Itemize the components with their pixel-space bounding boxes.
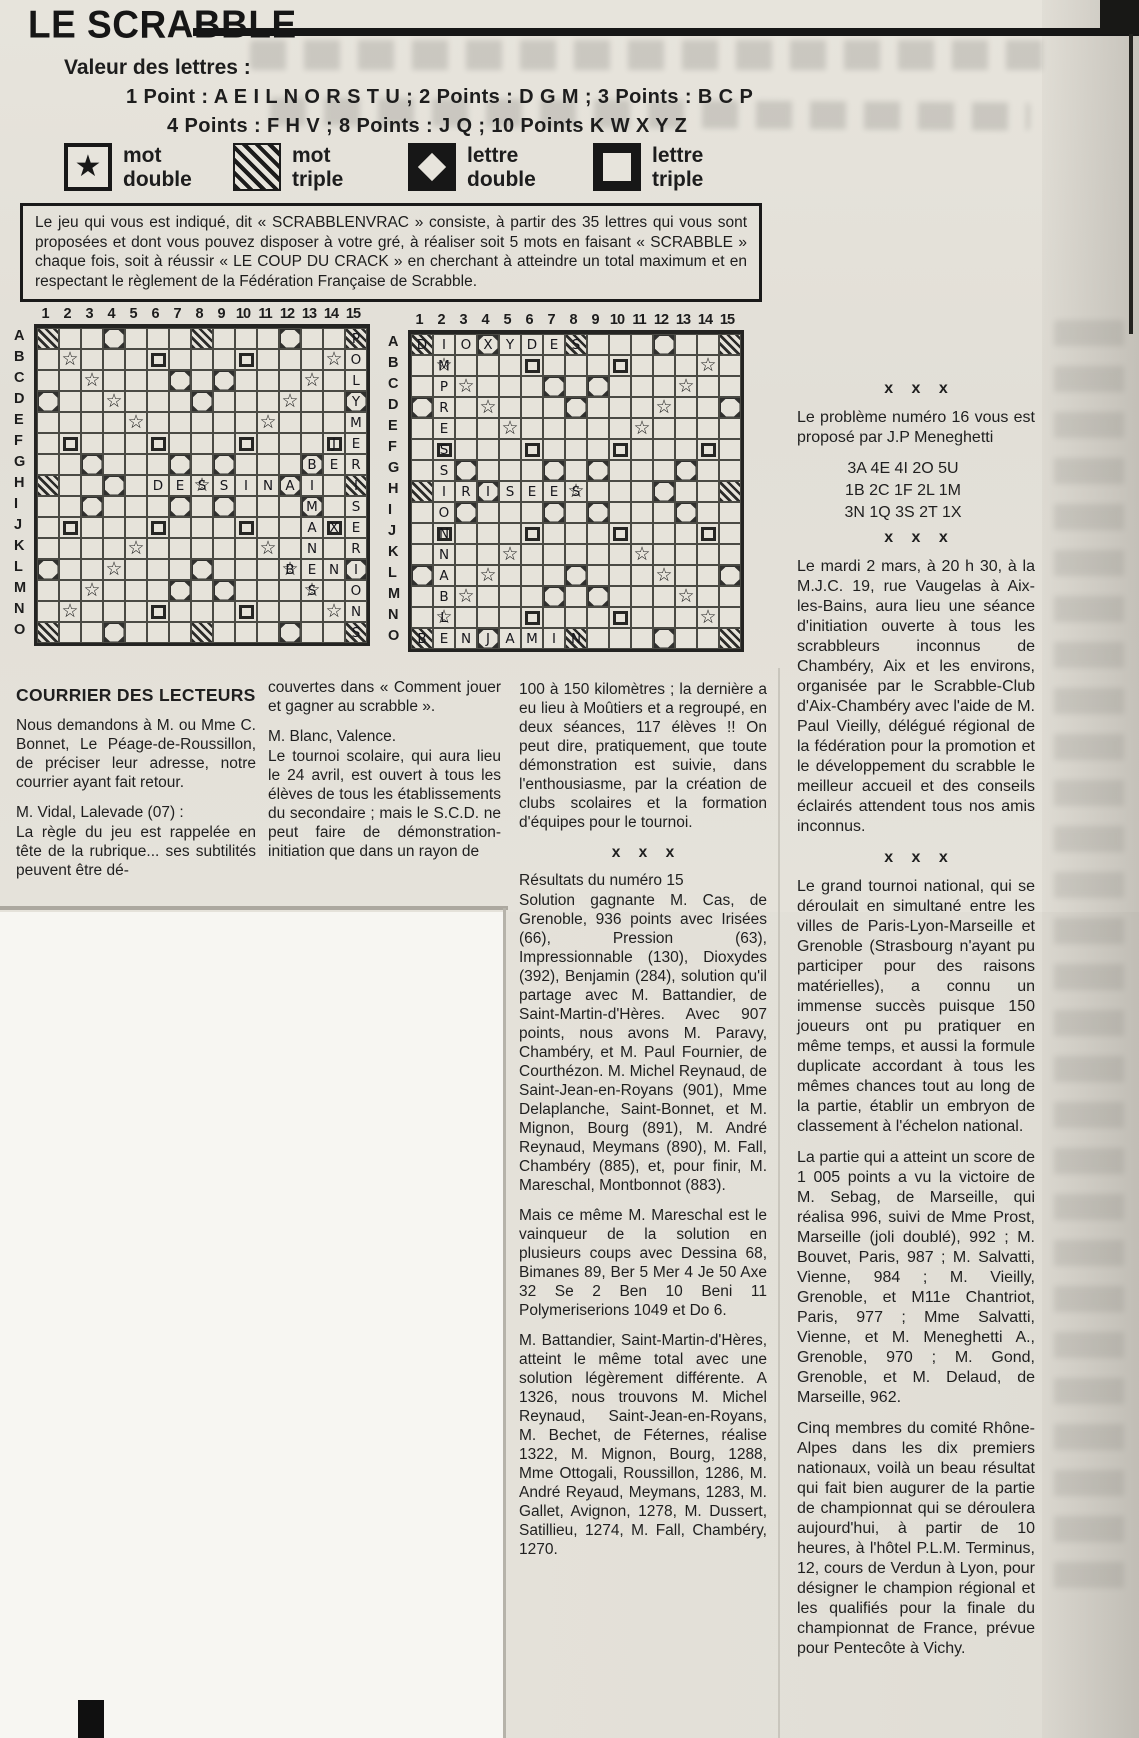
board-cell-H7: E [169, 475, 191, 496]
board-letter: M [302, 497, 322, 516]
board-row-label: M [14, 580, 34, 601]
board-cell-G10 [609, 460, 631, 481]
board-cell-N3 [455, 607, 477, 628]
board-cell-E15: M [345, 412, 367, 433]
board-cell-E11 [631, 418, 653, 439]
board-cell-I5 [499, 502, 521, 523]
board-cell-A14 [323, 328, 345, 349]
board-letter: S [302, 581, 322, 600]
board-cell-J7 [169, 517, 191, 538]
board-cell-I12 [653, 502, 675, 523]
board-cell-B13 [301, 349, 323, 370]
board-cell-N1 [37, 601, 59, 622]
board-cell-L3 [81, 559, 103, 580]
board-cell-L4 [103, 559, 125, 580]
board-cell-K7 [169, 538, 191, 559]
board-cell-I14 [697, 502, 719, 523]
board-letter: X [478, 335, 498, 354]
board-cell-F3 [455, 439, 477, 460]
board-cell-I5 [125, 496, 147, 517]
board-letter: M [346, 413, 366, 432]
board-cell-G4 [477, 460, 499, 481]
board-cell-K1 [411, 544, 433, 565]
rules-intro-box: Le jeu qui vous est indiqué, dit « SCRAB… [20, 203, 762, 302]
board-column-label: 15 [716, 312, 738, 330]
board-cell-C1 [411, 376, 433, 397]
board-cell-H9: S [213, 475, 235, 496]
board-cell-H2: I [433, 481, 455, 502]
board-body: ABCDEFGHIJKLMNOPOLYMJEBERDESSINAIIMSAXEN… [14, 324, 370, 646]
article-paragraph: 100 à 150 kilomètres ; la dernière a eu … [519, 680, 767, 832]
board-cell-O5 [125, 622, 147, 643]
board-row-label: H [14, 475, 34, 496]
board-cell-O1: B [411, 628, 433, 649]
legend-label-line: double [467, 168, 536, 192]
board-cell-K8 [191, 538, 213, 559]
board-cell-A9 [587, 334, 609, 355]
board-cell-O6 [147, 622, 169, 643]
board-cell-O9 [587, 628, 609, 649]
board-cell-D4 [103, 391, 125, 412]
board-cell-G12 [279, 454, 301, 475]
board-cell-J13: A [301, 517, 323, 538]
board-cell-A8: S [565, 334, 587, 355]
board-cell-G10 [235, 454, 257, 475]
board-cell-E2 [59, 412, 81, 433]
board-cell-D6 [521, 397, 543, 418]
board-cell-J3 [455, 523, 477, 544]
board-cell-H10 [609, 481, 631, 502]
board-cell-F15: E [345, 433, 367, 454]
board-column-label: 6 [518, 312, 540, 330]
board-cell-L6 [521, 565, 543, 586]
paper-crease [778, 668, 780, 1738]
board-letter: O [434, 503, 454, 522]
board-cell-D1 [37, 391, 59, 412]
article-line: La règle du jeu est rappelée en tête de … [16, 823, 256, 880]
board-cell-C5 [125, 370, 147, 391]
board-cell-F13 [301, 433, 323, 454]
board-cell-E3 [455, 418, 477, 439]
board-letter: E [544, 335, 564, 354]
board-cell-C6 [521, 376, 543, 397]
board-cell-H3 [81, 475, 103, 496]
board-cell-B2: M [433, 355, 455, 376]
board-cell-M10 [235, 580, 257, 601]
board-cell-A12 [653, 334, 675, 355]
board-cell-H5 [125, 475, 147, 496]
board-cell-N7 [543, 607, 565, 628]
board-cell-K9 [213, 538, 235, 559]
board-cell-G14: E [323, 454, 345, 475]
article-column-1: COURRIER DES LECTEURSNous demandons à M.… [16, 686, 256, 881]
board-cell-A2 [59, 328, 81, 349]
board-row-label: C [388, 376, 408, 397]
board-cell-L6 [147, 559, 169, 580]
board-cell-J5 [499, 523, 521, 544]
board-cell-J8 [191, 517, 213, 538]
board-cell-D9 [213, 391, 235, 412]
board-cell-M3 [455, 586, 477, 607]
board-cell-N4 [103, 601, 125, 622]
board-cell-N4 [477, 607, 499, 628]
board-letter: N [434, 545, 454, 564]
article-paragraph: Cinq membres du comité Rhône-Alpes dans … [797, 1419, 1035, 1659]
board-cell-M4 [477, 586, 499, 607]
board-cell-L15: I [345, 559, 367, 580]
board-column-labels: 123456789101112131415 [34, 306, 370, 324]
board-cell-M1 [411, 586, 433, 607]
board-cell-L1 [37, 559, 59, 580]
board-cell-I9 [587, 502, 609, 523]
board-row-label: M [388, 586, 408, 607]
board-cell-A9 [213, 328, 235, 349]
board-cell-M7 [543, 586, 565, 607]
board-cell-J11 [631, 523, 653, 544]
board-cell-H6: E [521, 481, 543, 502]
board-cell-C14 [323, 370, 345, 391]
board-row-label: L [388, 565, 408, 586]
board-cell-H7: E [543, 481, 565, 502]
board-cell-J7 [543, 523, 565, 544]
board-letter: A [302, 518, 322, 537]
board-row-label: O [388, 628, 408, 649]
board-row-label: E [14, 412, 34, 433]
board-cell-D11 [257, 391, 279, 412]
article-paragraph: Solution gagnante M. Cas, de Grenoble, 9… [519, 891, 767, 1195]
board-cell-H4 [103, 475, 125, 496]
board-cell-A1 [37, 328, 59, 349]
board-cell-H1 [37, 475, 59, 496]
board-cell-L8 [565, 565, 587, 586]
legend-item-letter-double: lettre double [408, 143, 536, 192]
board-row-label: A [388, 334, 408, 355]
board-cell-N15: N [345, 601, 367, 622]
board-letter: S [214, 476, 234, 495]
board-column-label: 15 [342, 306, 364, 324]
board-cell-D1 [411, 397, 433, 418]
board-cell-K3 [81, 538, 103, 559]
board-letter: M [434, 356, 454, 375]
board-cell-C9 [213, 370, 235, 391]
board-cell-O12 [279, 622, 301, 643]
article-paragraph: Le mardi 2 mars, à 20 h 30, à la M.J.C. … [797, 557, 1035, 837]
board-cell-E13 [675, 418, 697, 439]
paper-torn-edge-horizontal [0, 906, 508, 910]
article-paragraph: M. Battandier, Saint-Martin-d'Hères, att… [519, 1331, 767, 1559]
board-cell-K12 [653, 544, 675, 565]
board-cell-O3: N [455, 628, 477, 649]
board-cell-B14 [323, 349, 345, 370]
board-cell-N9 [213, 601, 235, 622]
board-cell-A6: D [521, 334, 543, 355]
board-letter: P [346, 329, 366, 348]
board-cell-K5 [125, 538, 147, 559]
board-cell-G13: B [301, 454, 323, 475]
board-cell-E9 [213, 412, 235, 433]
board-letter: S [434, 461, 454, 480]
board-cell-B1 [411, 355, 433, 376]
board-cell-A4 [103, 328, 125, 349]
board-cell-D10 [609, 397, 631, 418]
board-cell-F15 [719, 439, 741, 460]
board-cell-N2 [59, 601, 81, 622]
board-cell-N13 [301, 601, 323, 622]
board-cell-A10 [609, 334, 631, 355]
board-row-label: N [14, 601, 34, 622]
board-cell-G14 [697, 460, 719, 481]
board-cell-M15 [719, 586, 741, 607]
board-cell-L12 [653, 565, 675, 586]
board-letter: N [566, 629, 586, 648]
board-cell-L12: B [279, 559, 301, 580]
board-cell-H11 [631, 481, 653, 502]
board-cell-J1 [411, 523, 433, 544]
board-cell-E13 [301, 412, 323, 433]
board-cell-M11 [631, 586, 653, 607]
title-rule [193, 28, 1139, 36]
board-cell-A15: P [345, 328, 367, 349]
board-cell-N13 [675, 607, 697, 628]
board-cell-K6 [521, 544, 543, 565]
board-cell-F8 [565, 439, 587, 460]
board-cell-N8 [191, 601, 213, 622]
board-cell-I3 [81, 496, 103, 517]
board-column-label: 11 [628, 312, 650, 330]
board-cell-D7 [169, 391, 191, 412]
board-letter: N [302, 539, 322, 558]
board-cell-M6 [521, 586, 543, 607]
board-cell-C7 [169, 370, 191, 391]
board-cell-I10 [609, 502, 631, 523]
board-letter: I [346, 476, 366, 495]
board-column-label: 9 [210, 306, 232, 324]
legend-label-line: triple [292, 168, 343, 192]
board-cell-E14 [323, 412, 345, 433]
board-row-label: F [388, 439, 408, 460]
board-letter: J [324, 434, 344, 453]
board-column-label: 2 [56, 306, 78, 324]
board-cell-K1 [37, 538, 59, 559]
board-cell-C5 [499, 376, 521, 397]
board-cell-B3 [81, 349, 103, 370]
board-row-label: H [388, 481, 408, 502]
board-cell-C3 [81, 370, 103, 391]
board-cell-C8 [191, 370, 213, 391]
board-cell-O6: M [521, 628, 543, 649]
board-cell-D11 [631, 397, 653, 418]
board-cell-K10 [609, 544, 631, 565]
board-column-label: 7 [166, 306, 188, 324]
board-cell-K10 [235, 538, 257, 559]
board-cell-C10 [609, 376, 631, 397]
board-column-label: 13 [672, 312, 694, 330]
board-cell-B4 [103, 349, 125, 370]
board-cell-O13 [301, 622, 323, 643]
board-cell-E5 [499, 418, 521, 439]
board-cell-K2: N [433, 544, 455, 565]
board-cell-A3: O [455, 334, 477, 355]
board-cells: POLYMJEBERDESSINAIIMSAXENRBENISONS [34, 324, 370, 646]
board-cell-B8 [191, 349, 213, 370]
board-cell-H14 [323, 475, 345, 496]
paper-torn-edge-vertical [503, 908, 506, 1738]
board-cell-N1 [411, 607, 433, 628]
board-cell-D12 [653, 397, 675, 418]
board-cell-O15: S [345, 622, 367, 643]
board-cell-A10 [235, 328, 257, 349]
board-cell-I2: O [433, 502, 455, 523]
board-cell-D9 [587, 397, 609, 418]
board-cell-A6 [147, 328, 169, 349]
letter-draw-line: 3A 4E 4I 2O 5U [797, 459, 1035, 479]
board-cell-C14 [697, 376, 719, 397]
board-cell-N10 [609, 607, 631, 628]
board-cell-L10 [235, 559, 257, 580]
board-cell-O2 [59, 622, 81, 643]
board-cell-M8 [565, 586, 587, 607]
board-cell-G8 [191, 454, 213, 475]
board-column-label: 14 [694, 312, 716, 330]
section-separator: x x x [797, 528, 1035, 548]
board-letter: L [346, 371, 366, 390]
board-cell-A2: I [433, 334, 455, 355]
board-cell-F10 [235, 433, 257, 454]
board-cell-N2: L [433, 607, 455, 628]
board-cell-F2: S [433, 439, 455, 460]
board-cell-A13 [301, 328, 323, 349]
board-cell-E6 [147, 412, 169, 433]
board-cell-J5 [125, 517, 147, 538]
board-cell-D4 [477, 397, 499, 418]
board-row-labels: ABCDEFGHIJKLMNO [14, 324, 34, 646]
board-letter: B [280, 560, 300, 579]
board-column-labels: 123456789101112131415 [408, 312, 744, 330]
board-row-label: L [14, 559, 34, 580]
board-cell-H8: S [565, 481, 587, 502]
legend-label-line: lettre [467, 144, 536, 168]
ink-artifact-top-right [1100, 0, 1139, 34]
board-letter: Y [500, 335, 520, 354]
board-cell-F6 [521, 439, 543, 460]
legend-label: mot double [123, 143, 192, 192]
board-cell-I1 [37, 496, 59, 517]
board-letter: I [302, 476, 322, 495]
board-row-label: B [388, 355, 408, 376]
board-cell-D5 [499, 397, 521, 418]
board-cell-L11 [631, 565, 653, 586]
board-row-label: F [14, 433, 34, 454]
board-cell-G2 [59, 454, 81, 475]
board-cell-J14 [697, 523, 719, 544]
board-cell-L9 [213, 559, 235, 580]
board-cell-C8 [565, 376, 587, 397]
board-cell-F14: J [323, 433, 345, 454]
board-cell-B1 [37, 349, 59, 370]
board-letter: R [346, 455, 366, 474]
board-cell-F5 [125, 433, 147, 454]
board-cell-K9 [587, 544, 609, 565]
board-cell-K8 [565, 544, 587, 565]
board-cell-I4 [103, 496, 125, 517]
board-cell-L8 [191, 559, 213, 580]
board-letter: M [522, 629, 542, 648]
board-letter: A [434, 566, 454, 585]
board-cell-D14 [323, 391, 345, 412]
board-cell-A12 [279, 328, 301, 349]
double-word-star-icon: ★ [64, 143, 112, 191]
board-cell-L15 [719, 565, 741, 586]
board-letter: I [346, 560, 366, 579]
board-cell-B15 [719, 355, 741, 376]
board-cell-H13 [675, 481, 697, 502]
board-cell-D10 [235, 391, 257, 412]
board-cell-M5 [125, 580, 147, 601]
board-letter: E [346, 518, 366, 537]
board-cell-K2 [59, 538, 81, 559]
board-cell-G15: R [345, 454, 367, 475]
board-cell-E10 [235, 412, 257, 433]
board-letter: I [434, 482, 454, 501]
board-letter: R [346, 539, 366, 558]
board-cell-O11 [631, 628, 653, 649]
board-cell-H12: A [279, 475, 301, 496]
board-cell-G6 [521, 460, 543, 481]
board-cell-I7 [169, 496, 191, 517]
board-cell-G7 [543, 460, 565, 481]
board-cell-E12 [653, 418, 675, 439]
board-cell-G15 [719, 460, 741, 481]
board-cell-H13: I [301, 475, 323, 496]
board-cell-B4 [477, 355, 499, 376]
board-cell-H6: D [147, 475, 169, 496]
board-cell-H4: I [477, 481, 499, 502]
board-cell-B10 [235, 349, 257, 370]
board-cell-D6 [147, 391, 169, 412]
article-line: Résultats du numéro 15 [519, 871, 767, 890]
board-letter: E [522, 482, 542, 501]
board-cell-N15 [719, 607, 741, 628]
board-cell-K14 [697, 544, 719, 565]
board-cell-M1 [37, 580, 59, 601]
board-cell-C3 [455, 376, 477, 397]
board-letter: E [302, 560, 322, 579]
board-cell-B6 [147, 349, 169, 370]
board-column-label: 2 [430, 312, 452, 330]
board-row-label: K [14, 538, 34, 559]
board-cell-F8 [191, 433, 213, 454]
board-cell-I8 [565, 502, 587, 523]
board-cell-C13 [301, 370, 323, 391]
board-letter: I [236, 476, 256, 495]
board-letter: S [434, 440, 454, 459]
board-cell-D13 [301, 391, 323, 412]
board-cell-G11 [631, 460, 653, 481]
board-cell-J6 [147, 517, 169, 538]
board-cell-G13 [675, 460, 697, 481]
board-cell-L7 [543, 565, 565, 586]
board-cell-I4 [477, 502, 499, 523]
board-cell-J15: E [345, 517, 367, 538]
board-letter: N [456, 629, 476, 648]
board-cell-J14: X [323, 517, 345, 538]
board-column-label: 8 [188, 306, 210, 324]
board-cell-F7 [169, 433, 191, 454]
article-column-3: 100 à 150 kilomètres ; la dernière a eu … [519, 680, 767, 1570]
board-cell-F5 [499, 439, 521, 460]
board-cell-O10 [235, 622, 257, 643]
article-paragraph: couvertes dans « Comment jouer et gagner… [268, 678, 501, 716]
